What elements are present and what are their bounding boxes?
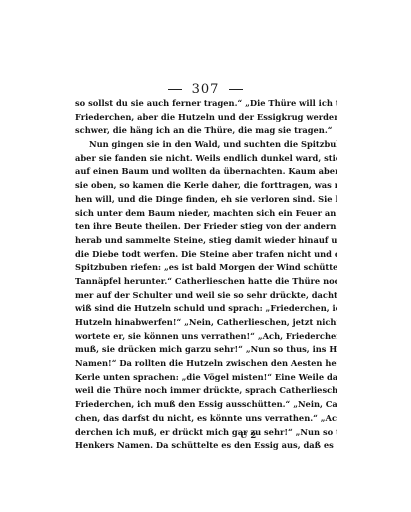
text-line: so sollst du sie auch ferner tragen.“ „D… [75, 97, 337, 111]
text-line: Tannäpfel herunter.“ Catherlieschen hatt… [75, 275, 337, 289]
text-line: Friederchen, ich muß den Essig ausschütt… [75, 398, 337, 412]
text-line: wiß sind die Hutzeln schuld und sprach: … [75, 302, 337, 316]
book-page: 307 so sollst du sie auch ferner tragen.… [0, 0, 411, 512]
text-line: Henkers Namen. Da schüttelte es den Essi… [75, 439, 337, 453]
text-line: sich unter dem Baum nieder, machten sich… [75, 207, 337, 221]
header-dash-right [229, 89, 243, 90]
page-number: 307 [192, 82, 220, 97]
text-line: Kerle unten sprachen: „die Vögel misten!… [75, 371, 337, 385]
text-line: derchen ich muß, er drückt mich gar zu s… [75, 426, 337, 440]
text-line: schwer, die häng ich an die Thüre, die m… [75, 124, 337, 138]
text-line: wortete er, sie können uns verrathen!“ „… [75, 330, 337, 344]
text-line: Namen!“ Da rollten die Hutzeln zwischen … [75, 357, 337, 371]
text-line: muß, sie drücken mich garzu sehr!“ „Nun … [75, 343, 337, 357]
text-line: hen will, und die Dinge finden, eh sie v… [75, 193, 337, 207]
signature-mark: U 2 [240, 431, 256, 441]
text-line: weil die Thüre noch immer drückte, sprac… [75, 384, 337, 398]
header-dash-left [168, 89, 182, 90]
text-line: ten ihre Beute theilen. Der Frieder stie… [75, 220, 337, 234]
text-line: Friederchen, aber die Hutzeln und der Es… [75, 111, 337, 125]
text-line: auf einen Baum und wollten da übernachte… [75, 165, 337, 179]
text-line: Nun gingen sie in den Wald, und suchten … [75, 138, 337, 152]
page-header: 307 [0, 82, 411, 97]
text-line: herab und sammelte Steine, stieg damit w… [75, 234, 337, 248]
text-line: sie oben, so kamen die Kerle daher, die … [75, 179, 337, 193]
text-line: mer auf der Schulter und weil sie so seh… [75, 289, 337, 303]
text-line: aber sie fanden sie nicht. Weils endlich… [75, 152, 337, 166]
text-line: die Diebe todt werfen. Die Steine aber t… [75, 248, 337, 262]
text-line: Spitzbuben riefen: „es ist bald Morgen d… [75, 261, 337, 275]
text-line: Hutzeln hinabwerfen!“ „Nein, Catherliesc… [75, 316, 337, 330]
page-body-text: so sollst du sie auch ferner tragen.“ „D… [75, 97, 337, 453]
text-line: chen, das darfst du nicht, es könnte uns… [75, 412, 337, 426]
